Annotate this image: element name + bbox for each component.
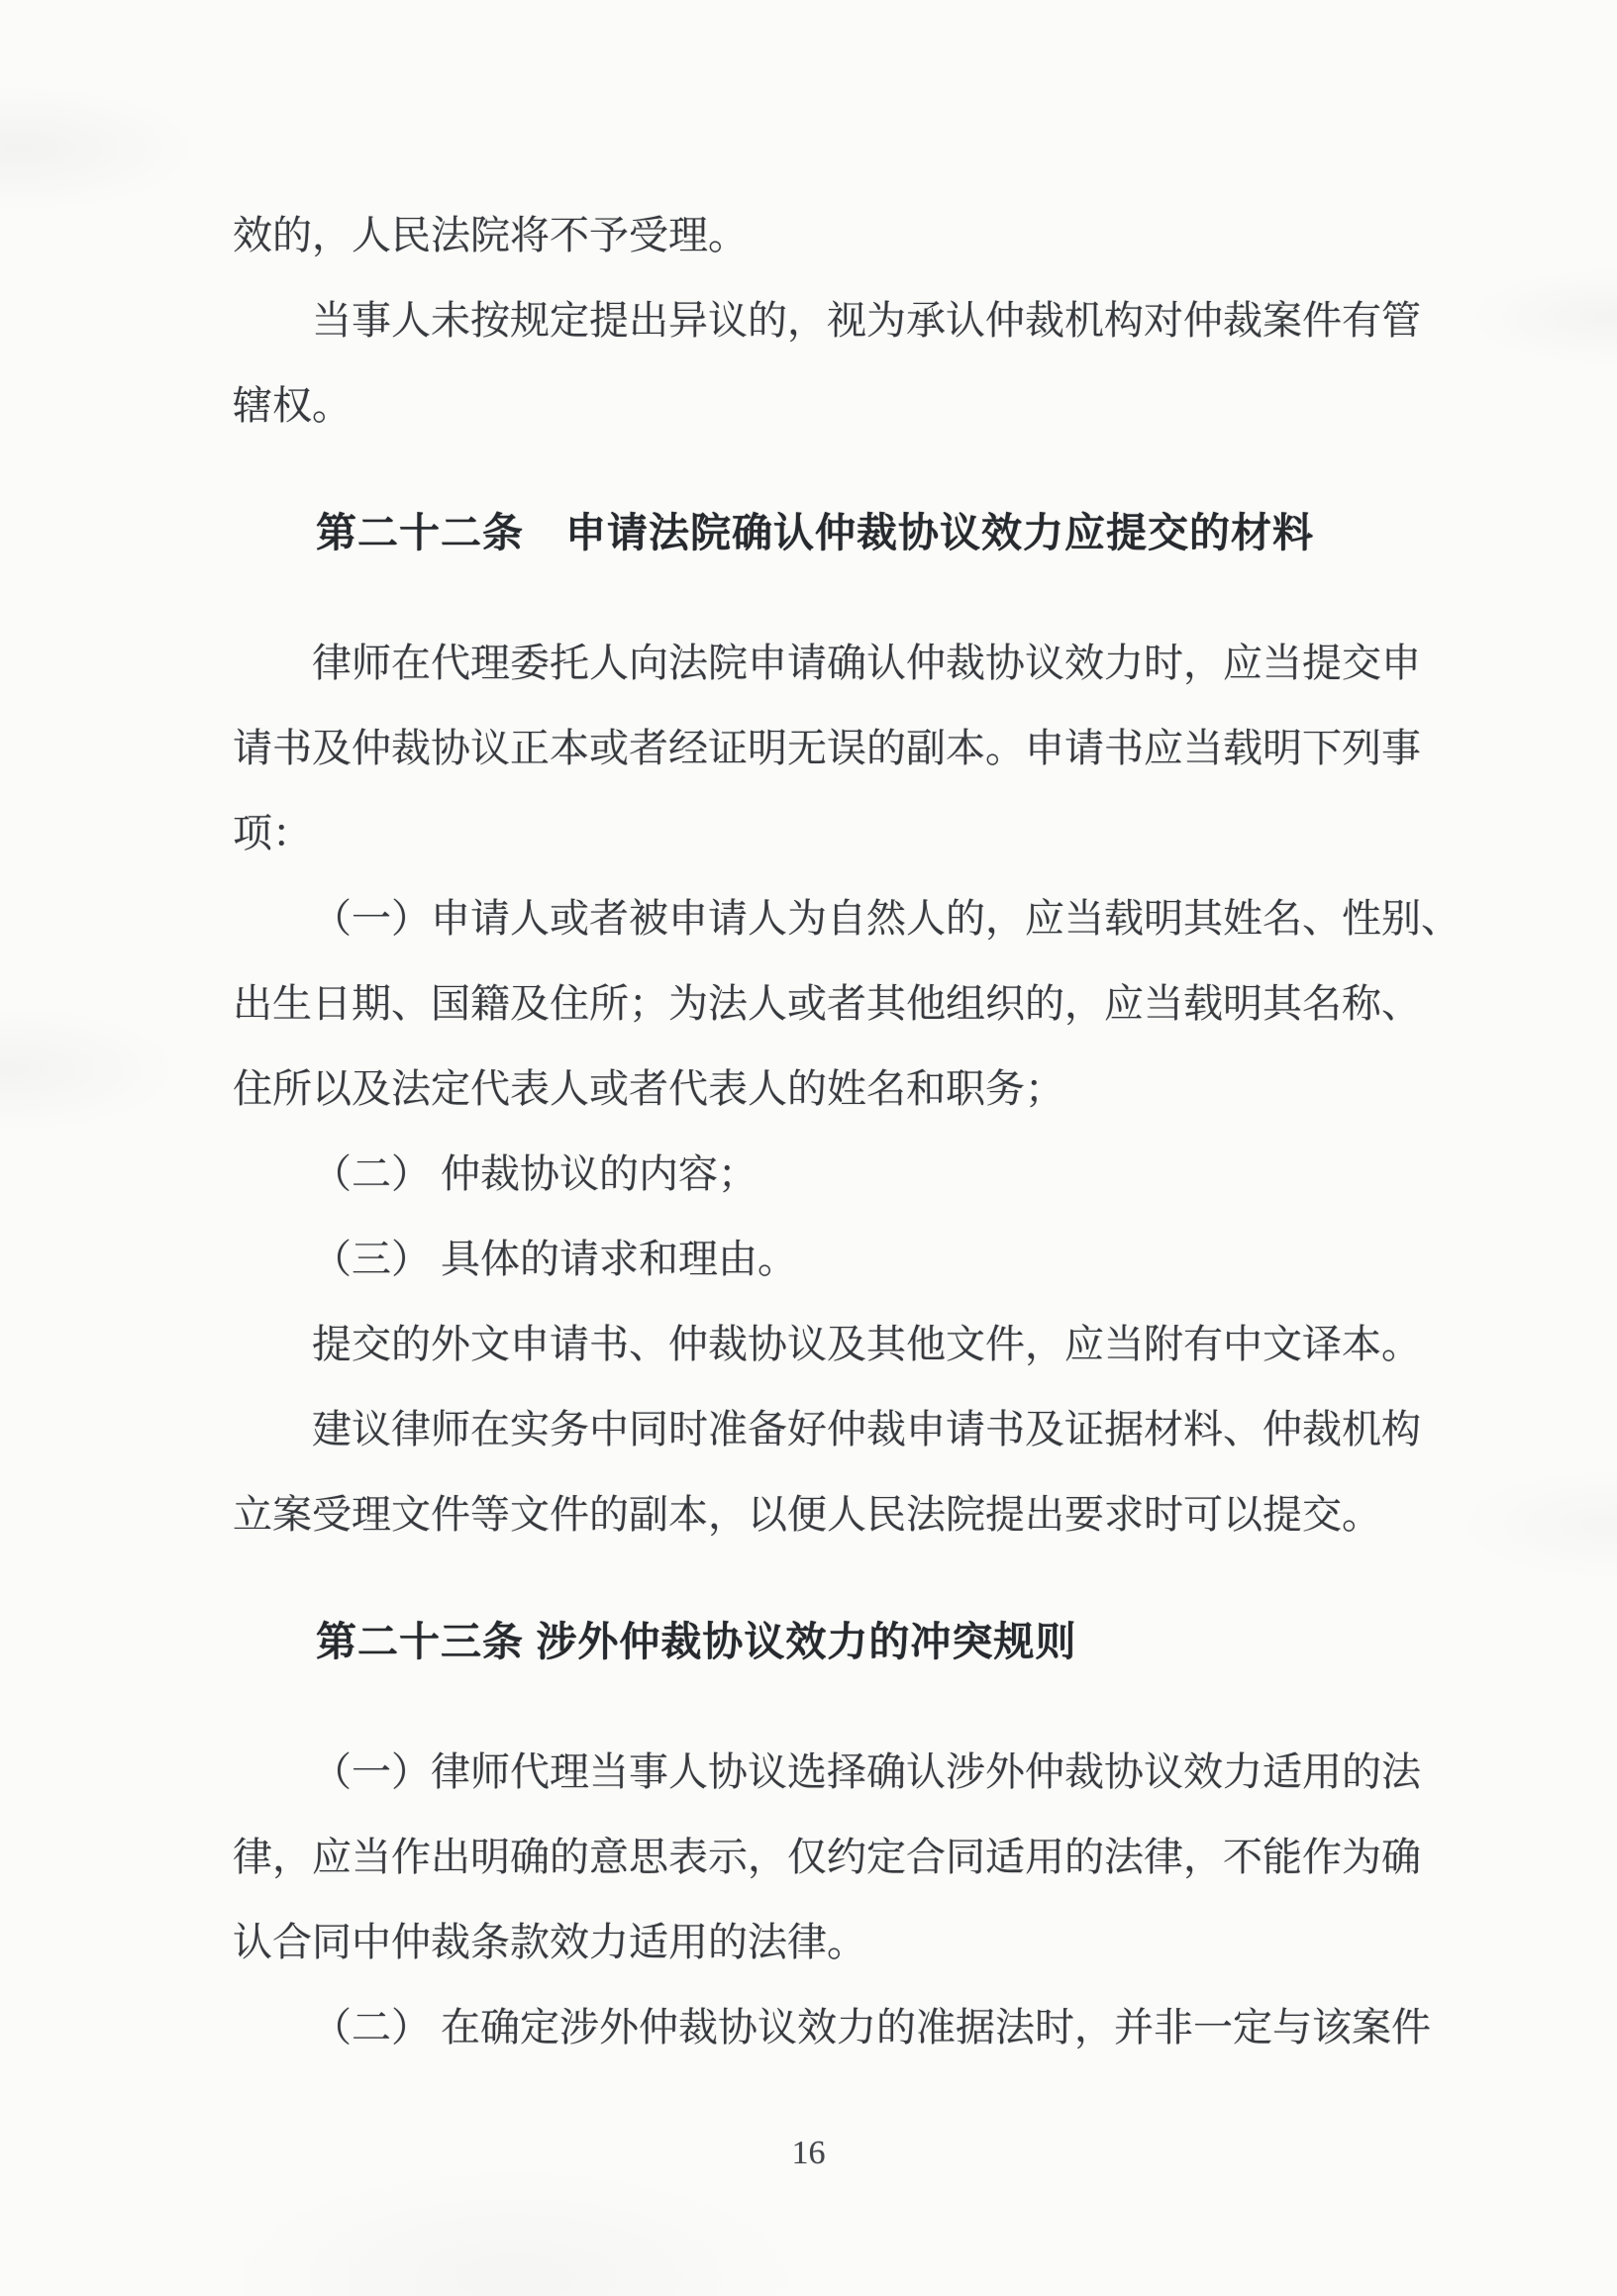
article-22-paragraph-line: 项：	[233, 791, 1411, 876]
article-23-item2-line: （二） 在确定涉外仲裁协议效力的准据法时，并非一定与该案件	[233, 1985, 1411, 2070]
article-22-paragraph-line: 请书及仲裁协议正本或者经证明无误的副本。申请书应当载明下列事	[233, 706, 1411, 791]
article-22-paragraph-line: 律师在代理委托人向法院申请确认仲裁协议效力时，应当提交申	[233, 621, 1411, 706]
intro-paragraph-line: 当事人未按规定提出异议的，视为承认仲裁机构对仲裁案件有管	[233, 278, 1411, 363]
article-22-heading: 第二十二条 申请法院确认仲裁协议效力应提交的材料	[233, 488, 1411, 577]
article-23-item1-line: 认合同中仲裁条款效力适用的法律。	[233, 1900, 1411, 1985]
article-23-heading: 第二十三条 涉外仲裁协议效力的冲突规则	[233, 1597, 1411, 1686]
body-text: 效的，人民法院将不予受理。 当事人未按规定提出异议的，视为承认仲裁机构对仲裁案件…	[233, 193, 1411, 2070]
article-22-item1-line: （一）申请人或者被申请人为自然人的，应当载明其姓名、性别、	[233, 876, 1411, 961]
article-22-item1-line: 住所以及法定代表人或者代表人的姓名和职务；	[233, 1047, 1411, 1132]
intro-paragraph-line: 辖权。	[233, 363, 1411, 449]
article-22-item1-line: 出生日期、国籍及住所；为法人或者其他组织的，应当载明其名称、	[233, 961, 1411, 1047]
article-23-item1-line: （一）律师代理当事人协议选择确认涉外仲裁协议效力适用的法	[233, 1730, 1411, 1815]
document-page: 效的，人民法院将不予受理。 当事人未按规定提出异议的，视为承认仲裁机构对仲裁案件…	[0, 0, 1617, 2296]
article-22-paragraph-line: 提交的外文申请书、仲裁协议及其他文件，应当附有中文译本。	[233, 1302, 1411, 1387]
page-number: 16	[0, 2129, 1617, 2178]
article-22-item2-line: （二） 仲裁协议的内容；	[233, 1132, 1411, 1217]
article-22-paragraph-line: 立案受理文件等文件的副本，以便人民法院提出要求时可以提交。	[233, 1472, 1411, 1557]
intro-continuation-line: 效的，人民法院将不予受理。	[233, 193, 1411, 278]
article-22-paragraph-line: 建议律师在实务中同时准备好仲裁申请书及证据材料、仲裁机构	[233, 1387, 1411, 1472]
article-23-item1-line: 律，应当作出明确的意思表示，仅约定合同适用的法律，不能作为确	[233, 1815, 1411, 1900]
article-22-item3-line: （三） 具体的请求和理由。	[233, 1217, 1411, 1302]
